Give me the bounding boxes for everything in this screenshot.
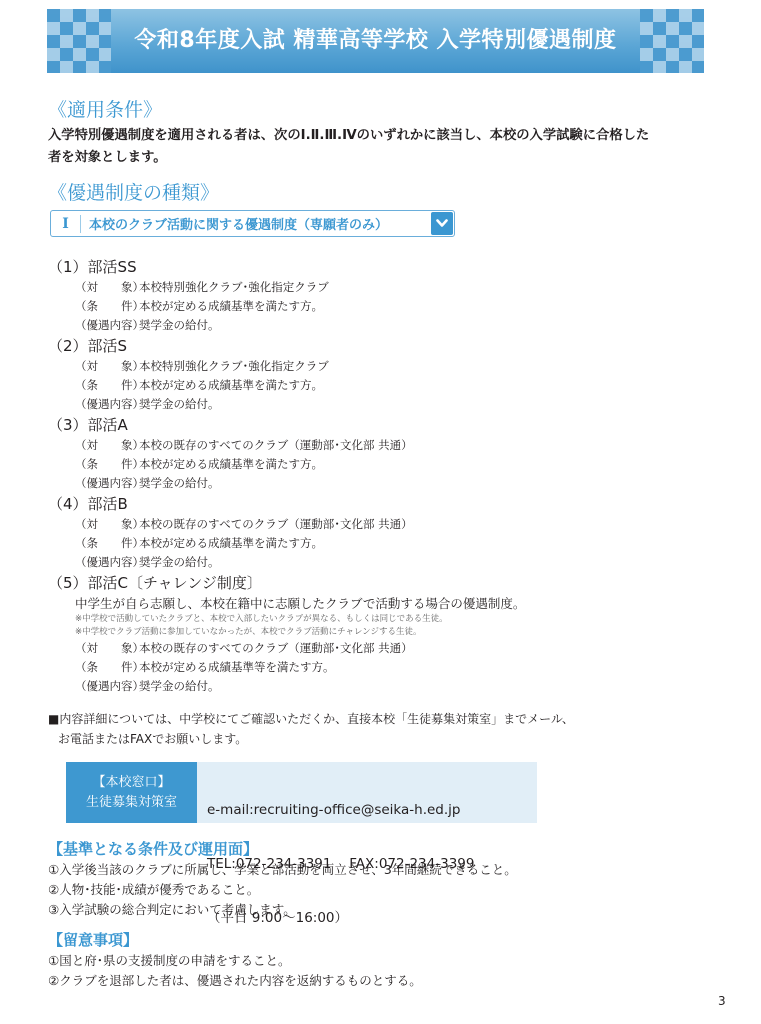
club-row-condition: （条 件）本校が定める成績基準を満たす方。	[75, 534, 413, 553]
row-key: （優遇内容）	[75, 316, 139, 335]
row-value: 奨学金の給付。	[139, 316, 220, 335]
row-value: 本校が定める成績基準等を満たす方。	[139, 658, 335, 677]
club-item-b: （4）部活B （対 象）本校の既存のすべてのクラブ（運動部･文化部 共通） （条…	[48, 493, 413, 572]
contact-email-link[interactable]: e-mail:recruiting-office@seika-h.ed.jp	[207, 801, 474, 819]
row-key: （優遇内容）	[75, 553, 139, 572]
row-value: 奨学金の給付。	[139, 474, 220, 493]
list-item: ②人物･技能･成績が優秀であること。	[48, 880, 517, 900]
notes-heading: 【留意事項】	[48, 929, 138, 950]
category-label: 本校のクラブ活動に関する優遇制度（専願者のみ）	[81, 214, 431, 233]
list-item: ①国と府･県の支援制度の申請をすること。	[48, 951, 422, 971]
row-key: （優遇内容）	[75, 395, 139, 414]
application-conditions-text: 入学特別優遇制度を適用される者は、次のⅠ.Ⅱ.Ⅲ.Ⅳのいずれかに該当し、本校の入…	[48, 125, 649, 169]
application-conditions-heading: 《適用条件》	[48, 95, 162, 122]
row-key: （対 象）	[75, 436, 139, 455]
row-value: 本校の既存のすべてのクラブ（運動部･文化部 共通）	[139, 515, 413, 534]
club-row-target: （対 象）本校の既存のすべてのクラブ（運動部･文化部 共通）	[75, 515, 413, 534]
club-item-s: （2）部活S （対 象）本校特別強化クラブ･強化指定クラブ （条 件）本校が定め…	[48, 335, 329, 414]
row-value: 奨学金の給付。	[139, 553, 220, 572]
title-banner: 令和8年度入試 精華高等学校 入学特別優遇制度	[47, 9, 704, 73]
club-item-ss: （1）部活SS （対 象）本校特別強化クラブ･強化指定クラブ （条 件）本校が定…	[48, 256, 329, 335]
row-key: （対 象）	[75, 278, 139, 297]
row-value: 奨学金の給付。	[139, 677, 220, 696]
row-key: （優遇内容）	[75, 677, 139, 696]
info-line: お電話またはFAXでお願いします。	[48, 729, 574, 749]
club-row-benefit: （優遇内容）奨学金の給付。	[75, 395, 329, 414]
text-line: 者を対象とします。	[48, 147, 649, 169]
criteria-list: ①入学後当該のクラブに所属し、学業と部活動を両立させ、3年間継続できること。 ②…	[48, 860, 517, 920]
club-note: ※中学校でクラブ活動に参加していなかったが、本校でクラブ活動にチャレンジする生徒…	[75, 626, 525, 639]
page-number: 3	[718, 994, 726, 1008]
row-value: 本校が定める成績基準を満たす方。	[139, 534, 323, 553]
row-key: （条 件）	[75, 376, 139, 395]
club-description: 中学生が自ら志願し、本校在籍中に志願したクラブで活動する場合の優遇制度。	[75, 594, 525, 613]
contact-label: 【本校窓口】 生徒募集対策室	[66, 762, 197, 823]
club-row-benefit: （優遇内容）奨学金の給付。	[75, 553, 413, 572]
row-key: （対 象）	[75, 357, 139, 376]
contact-box: 【本校窓口】 生徒募集対策室 e-mail:recruiting-office@…	[66, 762, 537, 823]
info-line: ■内容詳細については、中学校にてご確認いただくか、直接本校「生徒募集対策室」まで…	[48, 709, 574, 729]
contact-label-line: 生徒募集対策室	[86, 793, 177, 813]
criteria-heading: 【基準となる条件及び運用面】	[48, 838, 258, 859]
club-title: （4）部活B	[48, 493, 413, 515]
list-item: ②クラブを退部した者は、優遇された内容を返納するものとする。	[48, 971, 422, 991]
club-title: （3）部活A	[48, 414, 413, 436]
club-row-benefit: （優遇内容）奨学金の給付。	[75, 677, 525, 696]
row-key: （条 件）	[75, 534, 139, 553]
category-selector[interactable]: Ⅰ 本校のクラブ活動に関する優遇制度（専願者のみ）	[50, 210, 455, 237]
row-value: 本校が定める成績基準を満たす方。	[139, 376, 323, 395]
club-row-condition: （条 件）本校が定める成績基準等を満たす方。	[75, 658, 525, 677]
club-row-condition: （条 件）本校が定める成績基準を満たす方。	[75, 297, 329, 316]
club-row-condition: （条 件）本校が定める成績基準を満たす方。	[75, 455, 413, 474]
club-item-a: （3）部活A （対 象）本校の既存のすべてのクラブ（運動部･文化部 共通） （条…	[48, 414, 413, 493]
chevron-down-icon[interactable]	[431, 212, 453, 235]
row-key: （対 象）	[75, 639, 139, 658]
row-value: 本校が定める成績基準を満たす方。	[139, 297, 323, 316]
row-key: （条 件）	[75, 297, 139, 316]
row-value: 本校が定める成績基準を満たす方。	[139, 455, 323, 474]
club-row-target: （対 象）本校の既存のすべてのクラブ（運動部･文化部 共通）	[75, 639, 525, 658]
inquiry-info: ■内容詳細については、中学校にてご確認いただくか、直接本校「生徒募集対策室」まで…	[48, 709, 574, 749]
system-types-heading: 《優遇制度の種類》	[48, 178, 219, 205]
text-line: 入学特別優遇制度を適用される者は、次のⅠ.Ⅱ.Ⅲ.Ⅳのいずれかに該当し、本校の入…	[48, 125, 649, 147]
row-key: （条 件）	[75, 455, 139, 474]
club-title: （1）部活SS	[48, 256, 329, 278]
row-value: 本校特別強化クラブ･強化指定クラブ	[139, 357, 329, 376]
contact-label-line: 【本校窓口】	[92, 773, 170, 793]
club-row-condition: （条 件）本校が定める成績基準を満たす方。	[75, 376, 329, 395]
list-item: ③入学試験の総合判定において考慮します。	[48, 900, 517, 920]
row-key: （条 件）	[75, 658, 139, 677]
club-row-benefit: （優遇内容）奨学金の給付。	[75, 474, 413, 493]
row-value: 本校の既存のすべてのクラブ（運動部･文化部 共通）	[139, 436, 413, 455]
club-row-benefit: （優遇内容）奨学金の給付。	[75, 316, 329, 335]
row-key: （対 象）	[75, 515, 139, 534]
club-title: （5）部活C〔チャレンジ制度〕	[48, 572, 525, 594]
page-title: 令和8年度入試 精華高等学校 入学特別優遇制度	[47, 9, 704, 73]
club-title: （2）部活S	[48, 335, 329, 357]
club-row-target: （対 象）本校特別強化クラブ･強化指定クラブ	[75, 278, 329, 297]
club-row-target: （対 象）本校特別強化クラブ･強化指定クラブ	[75, 357, 329, 376]
club-note: ※中学校で活動していたクラブと、本校で入部したいクラブが異なる、もしくは同じであ…	[75, 613, 525, 626]
notes-list: ①国と府･県の支援制度の申請をすること。 ②クラブを退部した者は、優遇された内容…	[48, 951, 422, 991]
row-value: 奨学金の給付。	[139, 395, 220, 414]
row-key: （優遇内容）	[75, 474, 139, 493]
row-value: 本校の既存のすべてのクラブ（運動部･文化部 共通）	[139, 639, 413, 658]
category-number: Ⅰ	[51, 215, 81, 233]
row-value: 本校特別強化クラブ･強化指定クラブ	[139, 278, 329, 297]
list-item: ①入学後当該のクラブに所属し、学業と部活動を両立させ、3年間継続できること。	[48, 860, 517, 880]
contact-details: e-mail:recruiting-office@seika-h.ed.jp T…	[197, 762, 474, 823]
club-item-c-challenge: （5）部活C〔チャレンジ制度〕 中学生が自ら志願し、本校在籍中に志願したクラブで…	[48, 572, 525, 696]
club-row-target: （対 象）本校の既存のすべてのクラブ（運動部･文化部 共通）	[75, 436, 413, 455]
